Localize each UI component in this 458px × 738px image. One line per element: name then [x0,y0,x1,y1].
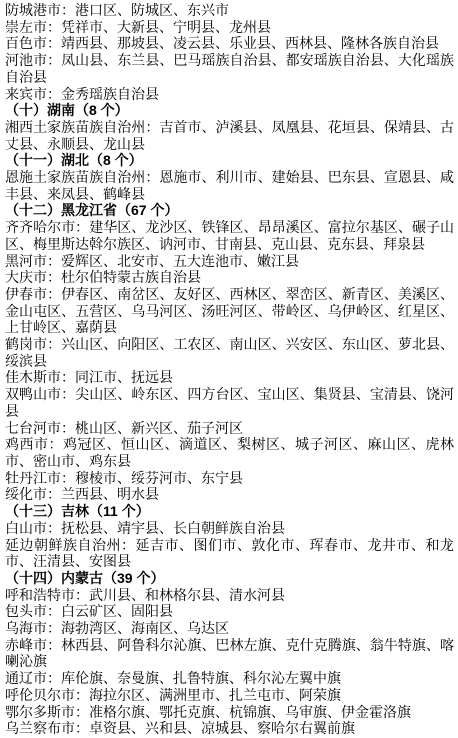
region-entry: 湘西土家族苗族自治州：吉首市、泸溪县、凤凰县、花垣县、保靖县、古丈县、永顺县、龙… [5,119,454,152]
region-entry: 鄂尔多斯市：准格尔旗、鄂托克旗、杭锦旗、乌审旗、伊金霍洛旗 [5,704,454,721]
region-entry: 乌兰察布市：卓资县、兴和县、凉城县、察哈尔右翼前旗 [5,720,454,737]
region-entry: 黑河市：爱辉区、北安市、五大连池市、嫩江县 [5,253,454,270]
region-entry: 呼伦贝尔市：海拉尔区、满洲里市、扎兰屯市、阿荣旗 [5,687,454,704]
region-entry: 鸡西市：鸡冠区、恒山区、滴道区、梨树区、城子河区、麻山区、虎林市、密山市、鸡东县 [5,436,454,469]
province-section-header-heilongjiang: （十二）黑龙江省（67 个） [5,202,454,219]
region-entry: 七台河市：桃山区、新兴区、茄子河区 [5,420,454,437]
region-entry: 崇左市：凭祥市、大新县、宁明县、龙州县 [5,19,454,36]
region-entry: 呼和浩特市：武川县、和林格尔县、清水河县 [5,587,454,604]
region-entry: 白山市：抚松县、靖宇县、长白朝鲜族自治县 [5,520,454,537]
region-entry: 乌海市：海勃湾区、海南区、乌达区 [5,620,454,637]
region-entry: 大庆市：杜尔伯特蒙古族自治县 [5,269,454,286]
region-entry: 延边朝鲜族自治州：延吉市、图们市、敦化市、珲春市、龙井市、和龙市、汪清县、安图县 [5,537,454,570]
region-entry: 河池市：凤山县、东兰县、巴马瑶族自治县、都安瑶族自治县、大化瑶族自治县 [5,52,454,85]
region-entry: 防城港市：港口区、防城区、东兴市 [5,2,454,19]
region-entry: 绥化市：兰西县、明水县 [5,486,454,503]
region-entry: 双鸭山市：尖山区、岭东区、四方台区、宝山区、集贤县、宝清县、饶河县 [5,386,454,419]
province-section-header-jilin: （十三）吉林（11 个） [5,503,454,520]
document-body: 防城港市：港口区、防城区、东兴市 崇左市：凭祥市、大新县、宁明县、龙州县 百色市… [0,0,458,738]
region-entry: 鹤岗市：兴山区、向阳区、工农区、南山区、兴安区、东山区、萝北县、绥滨县 [5,336,454,369]
province-section-header-neimenggu: （十四）内蒙古（39 个） [5,570,454,587]
region-entry: 伊春市：伊春区、南岔区、友好区、西林区、翠峦区、新青区、美溪区、金山屯区、五营区… [5,286,454,336]
region-entry: 佳木斯市：同江市、抚远县 [5,369,454,386]
region-entry: 赤峰市：林西县、阿鲁科尔沁旗、巴林左旗、克什克腾旗、翁牛特旗、喀喇沁旗 [5,637,454,670]
province-section-header-hunan: （十）湖南（8 个） [5,102,454,119]
region-entry: 牡丹江市：穆棱市、绥芬河市、东宁县 [5,470,454,487]
region-entry: 恩施土家族苗族自治州：恩施市、利川市、建始县、巴东县、宣恩县、咸丰县、来凤县、鹤… [5,169,454,202]
region-entry: 齐齐哈尔市：建华区、龙沙区、铁锋区、昂昂溪区、富拉尔基区、碾子山区、梅里斯达斡尔… [5,219,454,252]
region-entry: 包头市：白云矿区、固阳县 [5,603,454,620]
province-section-header-hubei: （十一）湖北（8 个） [5,152,454,169]
region-entry: 通辽市：库伦旗、奈曼旗、扎鲁特旗、科尔沁左翼中旗 [5,670,454,687]
region-entry: 来宾市：金秀瑶族自治县 [5,86,454,103]
region-entry: 百色市：靖西县、那坡县、凌云县、乐业县、西林县、隆林各族自治县 [5,35,454,52]
